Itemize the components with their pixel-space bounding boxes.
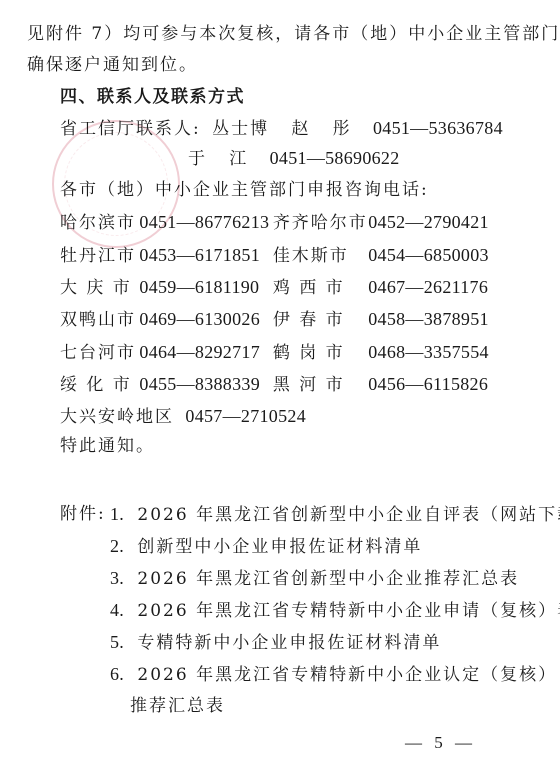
city-phone: 0464—8292717 [139, 342, 265, 362]
attachment-number: 4. [110, 600, 130, 620]
provincial-contact-label: 省工信厅联系人: [60, 119, 201, 139]
attachment-item-1: 1. 2026 年黑龙江省创新型中小企业自评表（网站下载） [110, 504, 560, 525]
page-number: — 5 — [405, 733, 476, 753]
provincial-contact-row-2: 于 江 0451—58690622 [188, 148, 400, 169]
provincial-contact-phone-1: 0451—53636784 [373, 118, 503, 138]
city-name: 鹤 岗 市 [273, 343, 361, 363]
attachment-title: 2026 年黑龙江省创新型中小企业推荐汇总表 [137, 569, 519, 589]
attachment-item-6-continuation: 推荐汇总表 [130, 696, 225, 716]
city-name: 黑 河 市 [273, 375, 361, 395]
region-phone: 0457—2710524 [185, 406, 306, 426]
city-name: 双鸭山市 [60, 310, 132, 330]
city-phone: 0455—8388339 [139, 374, 265, 394]
attachment-title: 专精特新中小企业申报佐证材料清单 [137, 633, 441, 653]
city-name: 伊 春 市 [273, 310, 361, 330]
city-phone: 0468—3357554 [368, 342, 489, 362]
city-contact-row: 哈尔滨市 0451—86776213 齐齐哈尔市 0452—2790421 [60, 212, 489, 233]
city-name: 七台河市 [60, 343, 132, 363]
city-name: 绥 化 市 [60, 375, 132, 395]
city-name: 佳木斯市 [273, 246, 361, 266]
attachment-item-3: 3. 2026 年黑龙江省创新型中小企业推荐汇总表 [110, 568, 519, 589]
region-name: 大兴安岭地区 [60, 407, 174, 427]
city-phone: 0454—6850003 [368, 245, 489, 265]
city-phone: 0467—2621176 [368, 277, 488, 297]
attachment-title: 创新型中小企业申报佐证材料清单 [137, 537, 422, 557]
city-name: 大 庆 市 [60, 278, 132, 298]
city-contact-row: 双鸭山市 0469—6130026 伊 春 市 0458—3878951 [60, 309, 489, 330]
attachment-number: 1. [110, 504, 130, 524]
city-name: 鸡 西 市 [273, 278, 361, 298]
attachment-item-6: 6. 2026 年黑龙江省专精特新中小企业认定（复核） [110, 664, 557, 685]
attachment-number: 2. [110, 536, 130, 556]
provincial-contact-names-1: 丛士博 赵 彤 [212, 119, 351, 139]
city-phone: 0458—3878951 [368, 309, 489, 329]
attachment-title: 2026 年黑龙江省创新型中小企业自评表（网站下载） [137, 505, 560, 525]
city-phone: 0469—6130026 [139, 309, 265, 329]
city-name: 哈尔滨市 [60, 213, 132, 233]
paragraph-line-1: 见附件 7）均可参与本次复核，请各市（地）中小企业主管部门 [27, 24, 560, 44]
city-name: 牡丹江市 [60, 246, 132, 266]
provincial-contact-names-2: 于 江 [188, 149, 248, 169]
city-name: 齐齐哈尔市 [273, 213, 361, 233]
city-phone: 0451—86776213 [139, 212, 265, 232]
attachment-number: 5. [110, 632, 130, 652]
city-phone: 0456—6115826 [368, 374, 488, 394]
city-phone: 0453—6171851 [139, 245, 265, 265]
daxinganling-contact-row: 大兴安岭地区 0457—2710524 [60, 406, 306, 427]
provincial-contact-phone-2: 0451—58690622 [270, 148, 400, 168]
attachment-number: 6. [110, 664, 130, 684]
provincial-contact-row-1: 省工信厅联系人: 丛士博 赵 彤 0451—53636784 [60, 118, 503, 139]
attachment-title: 2026 年黑龙江省专精特新中小企业申请（复核）表 [137, 601, 560, 621]
city-phone: 0452—2790421 [368, 212, 489, 232]
city-contact-row: 绥 化 市 0455—8388339 黑 河 市 0456—6115826 [60, 374, 488, 395]
attachment-number: 3. [110, 568, 130, 588]
city-phone: 0459—6181190 [139, 277, 265, 297]
city-hotline-label: 各市（地）中小企业主管部门申报咨询电话: [60, 180, 429, 200]
attachment-item-2: 2. 创新型中小企业申报佐证材料清单 [110, 536, 422, 557]
city-contact-row: 大 庆 市 0459—6181190 鸡 西 市 0467—2621176 [60, 277, 488, 298]
attachments-label: 附件: [60, 504, 106, 524]
closing-line: 特此通知。 [60, 436, 155, 456]
paragraph-line-2: 确保逐户通知到位。 [27, 55, 198, 75]
city-contact-row: 七台河市 0464—8292717 鹤 岗 市 0468—3357554 [60, 342, 489, 363]
attachment-item-4: 4. 2026 年黑龙江省专精特新中小企业申请（复核）表 [110, 600, 560, 621]
city-contact-row: 牡丹江市 0453—6171851 佳木斯市 0454—6850003 [60, 245, 489, 266]
section-heading-contacts: 四、联系人及联系方式 [60, 87, 245, 107]
attachment-title: 2026 年黑龙江省专精特新中小企业认定（复核） [137, 665, 557, 685]
attachment-item-5: 5. 专精特新中小企业申报佐证材料清单 [110, 632, 441, 653]
